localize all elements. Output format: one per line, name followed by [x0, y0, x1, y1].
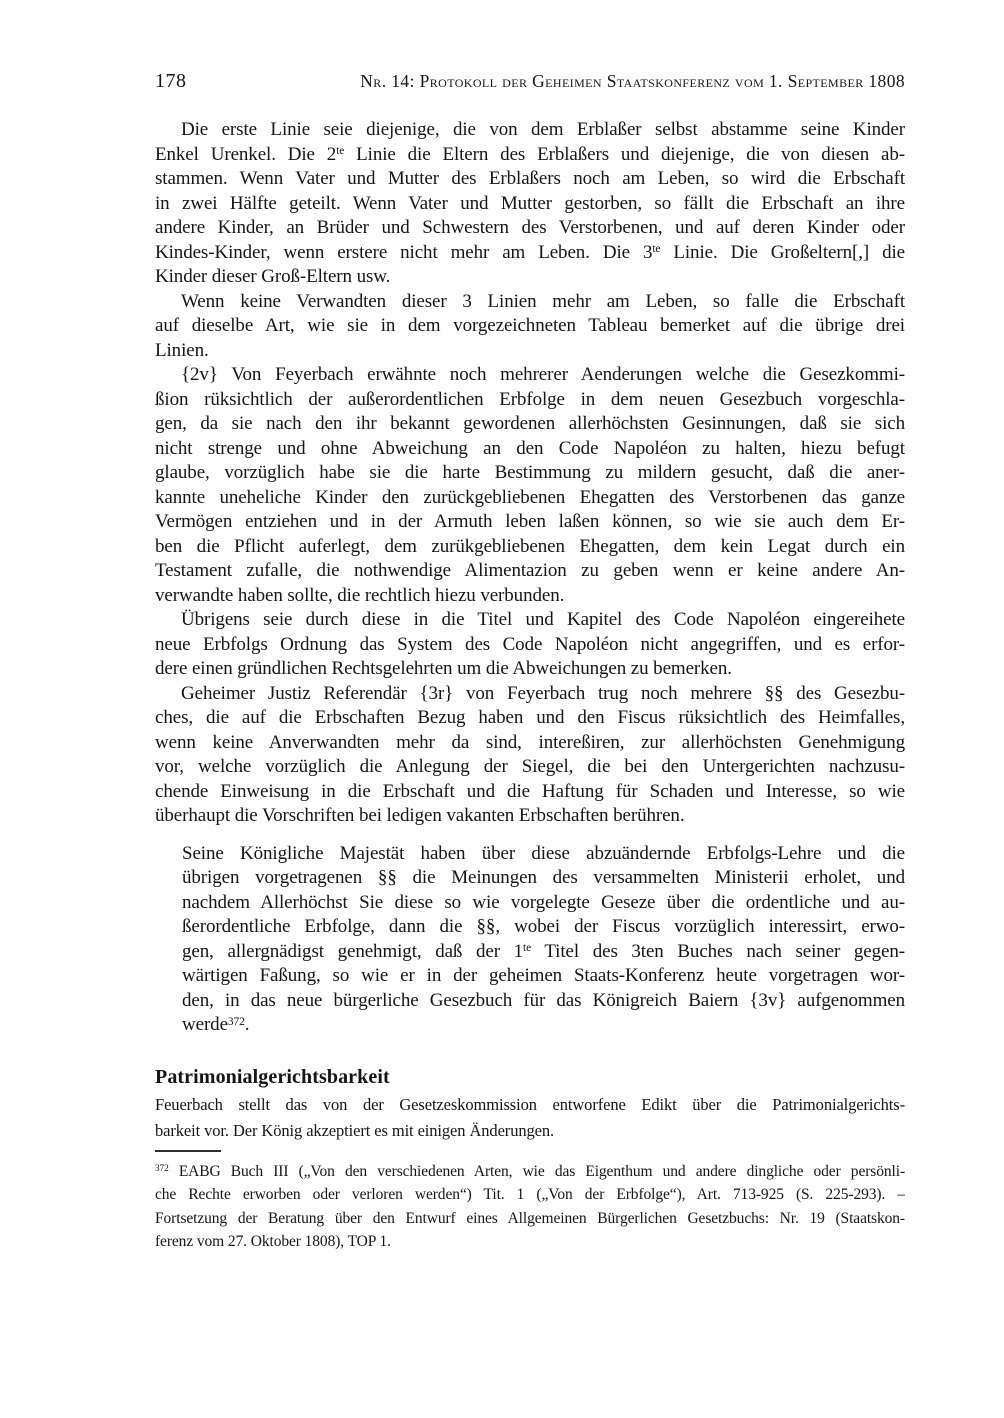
- text-line: Vermögen entziehen und in der Armuth leb…: [155, 510, 905, 535]
- text-line: 372 EABG Buch III („Von den verschiedene…: [155, 1160, 905, 1184]
- superscript: 372: [155, 1164, 169, 1174]
- text-line: Übrigens seie durch diese in die Titel u…: [155, 608, 905, 633]
- text-line: stammen. Wenn Vater und Mutter des Erbla…: [155, 167, 905, 192]
- text-line: dere einen gründlichen Rechtsgelehrten u…: [155, 657, 905, 682]
- text-line: chende Einweisung in die Erbschaft und d…: [155, 780, 905, 805]
- text-block: 178 Nr. 14: Protokoll der Geheimen Staat…: [155, 70, 905, 1254]
- text-line: Seine Königliche Majestät haben über die…: [182, 842, 905, 867]
- text-line: überhaupt die Vorschriften bei ledigen v…: [155, 804, 905, 829]
- superscript: te: [652, 243, 660, 255]
- running-head-title: Nr. 14: Protokoll der Geheimen Staatskon…: [360, 71, 905, 92]
- running-header: 178 Nr. 14: Protokoll der Geheimen Staat…: [155, 70, 905, 93]
- text-line: ben die Pflicht auferlegt, dem zurükgebl…: [155, 535, 905, 560]
- text-line: wärtigen Faßung, so wie er in der geheim…: [182, 964, 905, 989]
- text-line: Die erste Linie seie diejenige, die von …: [155, 118, 905, 143]
- text-line: ßion rüksichtlich der außerordentlichen …: [155, 388, 905, 413]
- text-line: Kindes-Kinder, wenn erstere nicht mehr a…: [155, 241, 905, 266]
- text-line: übrigen vorgetragenen §§ die Meinungen d…: [182, 866, 905, 891]
- text-line: nachdem Allerhöchst Sie diese so wie vor…: [182, 891, 905, 916]
- text-line: Geheimer Justiz Referendär {3r} von Feye…: [155, 682, 905, 707]
- paragraph-feyerbach-aenderungen: {2v} Von Feyerbach erwähnte noch mehrere…: [155, 363, 905, 608]
- transcription-text: Die erste Linie seie diejenige, die von …: [155, 118, 905, 1254]
- text-line: ferenz vom 27. Oktober 1808), TOP 1.: [155, 1230, 905, 1254]
- page-number: 178: [155, 70, 187, 93]
- text-line: wenn keine Anverwandten mehr da sind, in…: [155, 731, 905, 756]
- text-line: vor, welche vorzüglich die Anlegung der …: [155, 755, 905, 780]
- book-page: 178 Nr. 14: Protokoll der Geheimen Staat…: [0, 0, 1004, 1418]
- footnote-divider: [155, 1150, 221, 1152]
- text-line: gen, allergnädigst genehmigt, daß der 1t…: [182, 940, 905, 965]
- text-line: glaube, vorzüglich habe sie die harte Be…: [155, 461, 905, 486]
- text-line: auf dieselbe Art, wie sie in dem vorgeze…: [155, 314, 905, 339]
- text-line: ßerordentliche Erbfolge, dann die §§, wo…: [182, 915, 905, 940]
- text-line: Fortsetzung der Beratung über den Entwur…: [155, 1207, 905, 1231]
- paragraph-drei-linien: Wenn keine Verwandten dieser 3 Linien me…: [155, 290, 905, 364]
- text-line: nicht strenge und ohne Abweichung an den…: [155, 437, 905, 462]
- superscript: te: [336, 145, 344, 157]
- text-line: ches, die auf die Erbschaften Bezug habe…: [155, 706, 905, 731]
- text-line: barkeit vor. Der König akzeptiert es mit…: [155, 1118, 905, 1144]
- text-line: werde372.: [182, 1013, 905, 1038]
- text-line: verwandte haben sollte, die rechtlich hi…: [155, 584, 905, 609]
- paragraph-geheimer-justiz: Geheimer Justiz Referendär {3r} von Feye…: [155, 682, 905, 829]
- decree-blockquote: Seine Königliche Majestät haben über die…: [182, 842, 905, 1038]
- text-line: kannte uneheliche Kinder den zurückgebli…: [155, 486, 905, 511]
- text-line: Enkel Urenkel. Die 2te Linie die Eltern …: [155, 143, 905, 168]
- editorial-summary: Feuerbach stellt das von der Gesetzeskom…: [155, 1092, 905, 1144]
- superscript: 372: [228, 1016, 245, 1028]
- superscript: te: [523, 942, 531, 954]
- paragraph-uebrigens: Übrigens seie durch diese in die Titel u…: [155, 608, 905, 682]
- text-line: Linien.: [155, 339, 905, 364]
- text-line: gen, da sie nach den ihr bekannt geworde…: [155, 412, 905, 437]
- text-line: andere Kinder, an Brüder und Schwestern …: [155, 216, 905, 241]
- footnote-372: 372 EABG Buch III („Von den verschiedene…: [155, 1160, 905, 1254]
- text-line: den, in das neue bürgerliche Gesezbuch f…: [182, 989, 905, 1014]
- text-line: Wenn keine Verwandten dieser 3 Linien me…: [155, 290, 905, 315]
- text-line: neue Erbfolgs Ordnung das System des Cod…: [155, 633, 905, 658]
- text-line: {2v} Von Feyerbach erwähnte noch mehrere…: [155, 363, 905, 388]
- text-line: che Rechte erworben oder verloren werden…: [155, 1183, 905, 1207]
- section-heading: Patrimonialgerichtsbarkeit: [155, 1064, 905, 1090]
- paragraph-erste-linie: Die erste Linie seie diejenige, die von …: [155, 118, 905, 290]
- text-line: Feuerbach stellt das von der Gesetzeskom…: [155, 1092, 905, 1118]
- text-line: in zwei Hälfte geteilt. Wenn Vater und M…: [155, 192, 905, 217]
- text-line: Kinder dieser Groß-Eltern usw.: [155, 265, 905, 290]
- text-line: Testament zufalle, die nothwendige Alime…: [155, 559, 905, 584]
